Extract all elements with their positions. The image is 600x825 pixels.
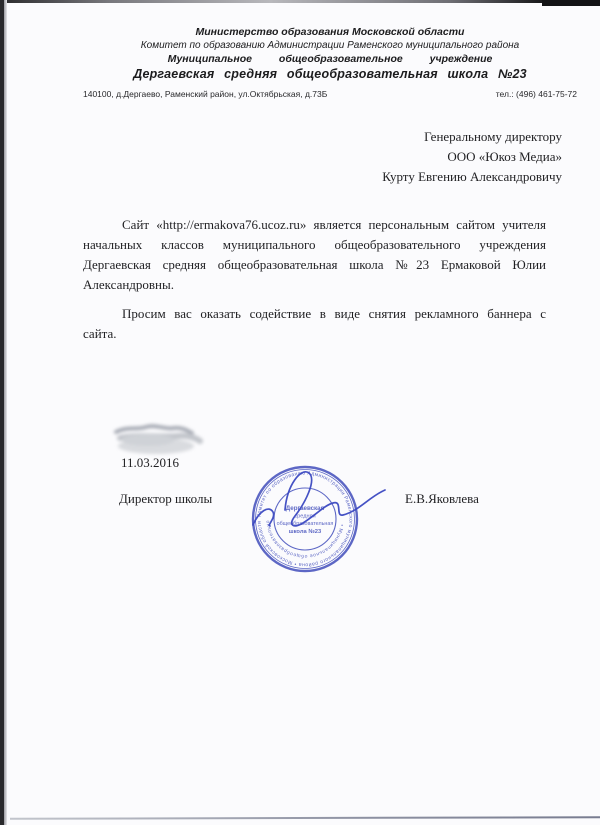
paragraph-line: Сайт «http://ermakova76.ucoz.ru» являетс… (83, 215, 546, 235)
letterhead-school-name: Дергаевская средняя общеобразовательная … (70, 67, 590, 82)
scan-edge-top (0, 0, 600, 3)
paragraph-line: Александровны. (83, 275, 546, 295)
paragraph-line: начальных классов муниципального общеобр… (83, 235, 546, 255)
scan-edge-left-shadow (4, 0, 7, 825)
scan-edge-bottom (10, 816, 600, 820)
addressee-block: Генеральному директору ООО «Юкоз Медиа» … (260, 127, 562, 187)
letterhead-institution-type: Муниципальное общеобразовательное учрежд… (70, 53, 590, 66)
letterhead-contact-row: 140100, д.Дергаево, Раменский район, ул.… (83, 89, 577, 99)
signer-title: Директор школы (119, 491, 212, 507)
paragraph-line: Просим вас оказать содействие в виде сня… (83, 304, 546, 324)
whiteout-smudge (108, 418, 208, 458)
paragraph-line: сайта. (83, 324, 546, 344)
letterhead-phone: тел.: (496) 461-75-72 (496, 89, 577, 99)
letterhead: Министерство образования Московской обла… (70, 26, 590, 82)
letter-date: 11.03.2016 (121, 455, 179, 471)
addressee-line: Курту Евгению Александровичу (260, 167, 562, 187)
body-paragraph-2: Просим вас оказать содействие в виде сня… (83, 304, 546, 344)
body-paragraph-1: Сайт «http://ermakova76.ucoz.ru» являетс… (83, 215, 546, 295)
handwritten-signature (235, 455, 410, 545)
addressee-line: ООО «Юкоз Медиа» (260, 147, 562, 167)
paragraph-line: Дергаевская средняя общеобразовательная … (83, 255, 546, 275)
letterhead-address: 140100, д.Дергаево, Раменский район, ул.… (83, 89, 327, 99)
addressee-line: Генеральному директору (260, 127, 562, 147)
letterhead-ministry: Министерство образования Московской обла… (70, 26, 590, 39)
signer-name: Е.В.Яковлева (405, 491, 479, 507)
scanned-letter-page: Министерство образования Московской обла… (0, 0, 600, 825)
scan-edge-top-right (542, 0, 600, 6)
letterhead-committee: Комитет по образованию Администрации Рам… (70, 40, 590, 52)
